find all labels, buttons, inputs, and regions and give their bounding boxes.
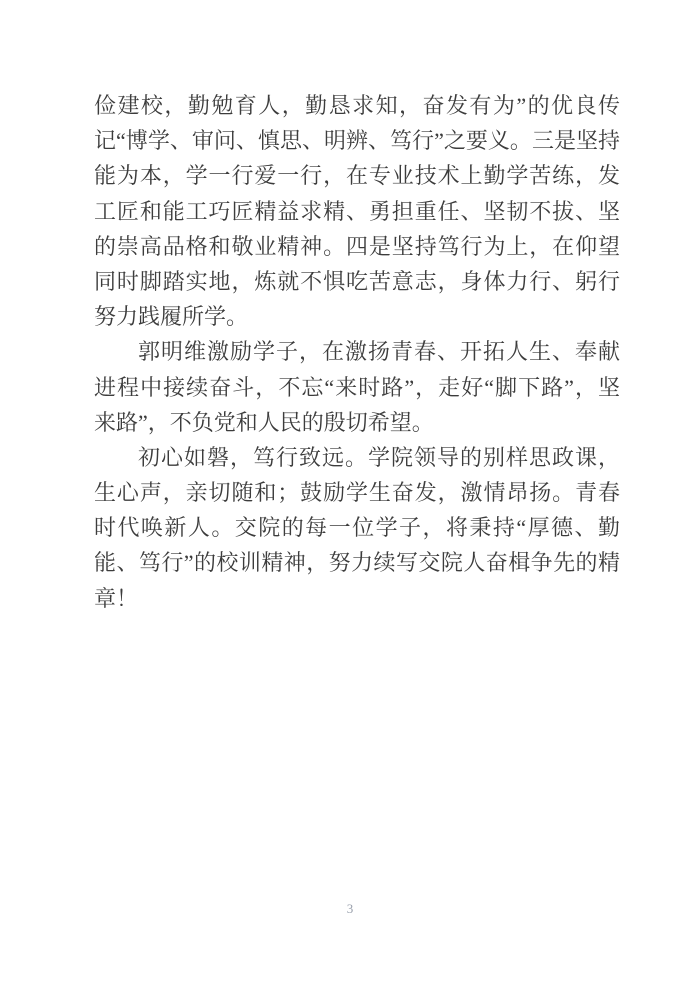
- text-line: 记“博学、审问、慎思、明辨、笃行”之要义。三是坚持尚: [94, 123, 620, 158]
- text-line: 能、笃行”的校训精神，努力续写交院人奋楫争先的精彩华: [94, 545, 620, 580]
- page-number: 3: [347, 901, 354, 916]
- text-line: 初心如磐，笃行致远。学院领导的别样思政课，贴近学: [94, 440, 620, 475]
- text-line: 来路”，不负党和人民的殷切希望。: [94, 405, 620, 440]
- text-line: 努力践履所学。: [94, 299, 620, 334]
- document-body: 俭建校，勤勉育人，勤恳求知，奋发有为”的优良传统，谨记“博学、审问、慎思、明辨、…: [94, 88, 620, 616]
- page-footer: 3: [0, 900, 700, 918]
- document-page: 俭建校，勤勉育人，勤恳求知，奋发有为”的优良传统，谨记“博学、审问、慎思、明辨、…: [0, 0, 700, 990]
- text-line: 俭建校，勤勉育人，勤恳求知，奋发有为”的优良传统，谨: [94, 88, 620, 123]
- text-line: 同时脚踏实地，炼就不惧吃苦意志，身体力行、躬行不辍，: [94, 264, 620, 299]
- text-line: 能为本，学一行爱一行，在专业技术上勤学苦练，发扬大国: [94, 158, 620, 193]
- text-line: 时代唤新人。交院的每一位学子，将秉持“厚德、勤奋、尚: [94, 510, 620, 545]
- text-line: 生心声，亲切随和；鼓励学生奋发，激情昂扬。青春须早为，: [94, 475, 620, 510]
- text-line: 章！: [94, 581, 620, 616]
- text-line: 的崇高品格和敬业精神。四是坚持笃行为上，在仰望星空的: [94, 229, 620, 264]
- text-line: 进程中接续奋斗，不忘“来时路”，走好“脚下路”，坚定“未: [94, 370, 620, 405]
- text-line: 工匠和能工巧匠精益求精、勇担重任、坚韧不拔、坚守初心: [94, 194, 620, 229]
- text-line: 郭明维激励学子，在激扬青春、开拓人生、奉献社会的: [94, 334, 620, 369]
